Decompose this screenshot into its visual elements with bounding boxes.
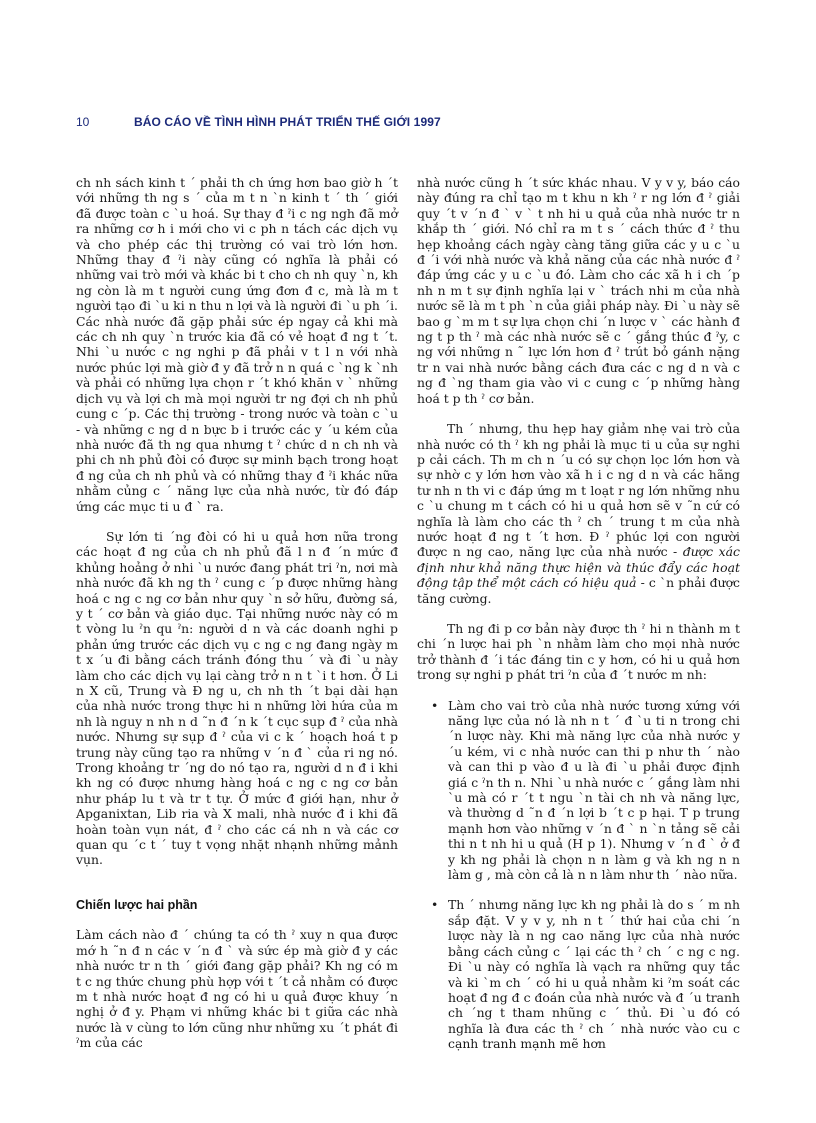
paragraph: nhà nước cũng h ´t sức khác nhau. V y v …	[417, 175, 740, 406]
section-heading: Chiến lược hai phần	[76, 898, 398, 913]
paragraph: ch nh sách kinh t ´ phải th ch ứng hơn b…	[76, 175, 398, 514]
page-number: 10	[76, 115, 89, 129]
bullet-list: • Làm cho vai trò của nhà nước tương xứn…	[417, 698, 740, 1052]
left-column: ch nh sách kinh t ´ phải th ch ứng hơn b…	[76, 175, 398, 1066]
list-item-text: Làm cho vai trò của nhà nước tương xứng …	[448, 698, 740, 882]
list-item: • Th ´ nhưng năng lực kh ng phải là do s…	[417, 897, 740, 1051]
running-header: 10 BÁO CÁO VỀ TÌNH HÌNH PHÁT TRIỂN THẾ G…	[76, 115, 756, 135]
list-item-text: Th ´ nhưng năng lực kh ng phải là do s ´…	[448, 897, 740, 1051]
paragraph: Th ng đi p cơ bản này được th ˀ hi n thà…	[417, 621, 740, 683]
right-column: nhà nước cũng h ´t sức khác nhau. V y v …	[417, 175, 740, 1067]
running-title: BÁO CÁO VỀ TÌNH HÌNH PHÁT TRIỂN THẾ GIỚI…	[134, 115, 441, 129]
bullet-icon: •	[431, 698, 438, 713]
paragraph: Làm cách nào đ ´ chúng ta có th ˀ xuy n …	[76, 927, 398, 1050]
paragraph: Sự lớn ti ´ng đòi có hi u quả hơn nữa tr…	[76, 529, 398, 868]
paragraph-text: Th ´ nhưng, thu hẹp hay giảm nhẹ vai trò…	[417, 421, 740, 559]
list-item: • Làm cho vai trò của nhà nước tương xứn…	[417, 698, 740, 883]
bullet-icon: •	[431, 897, 438, 912]
paragraph: Th ´ nhưng, thu hẹp hay giảm nhẹ vai trò…	[417, 421, 740, 606]
